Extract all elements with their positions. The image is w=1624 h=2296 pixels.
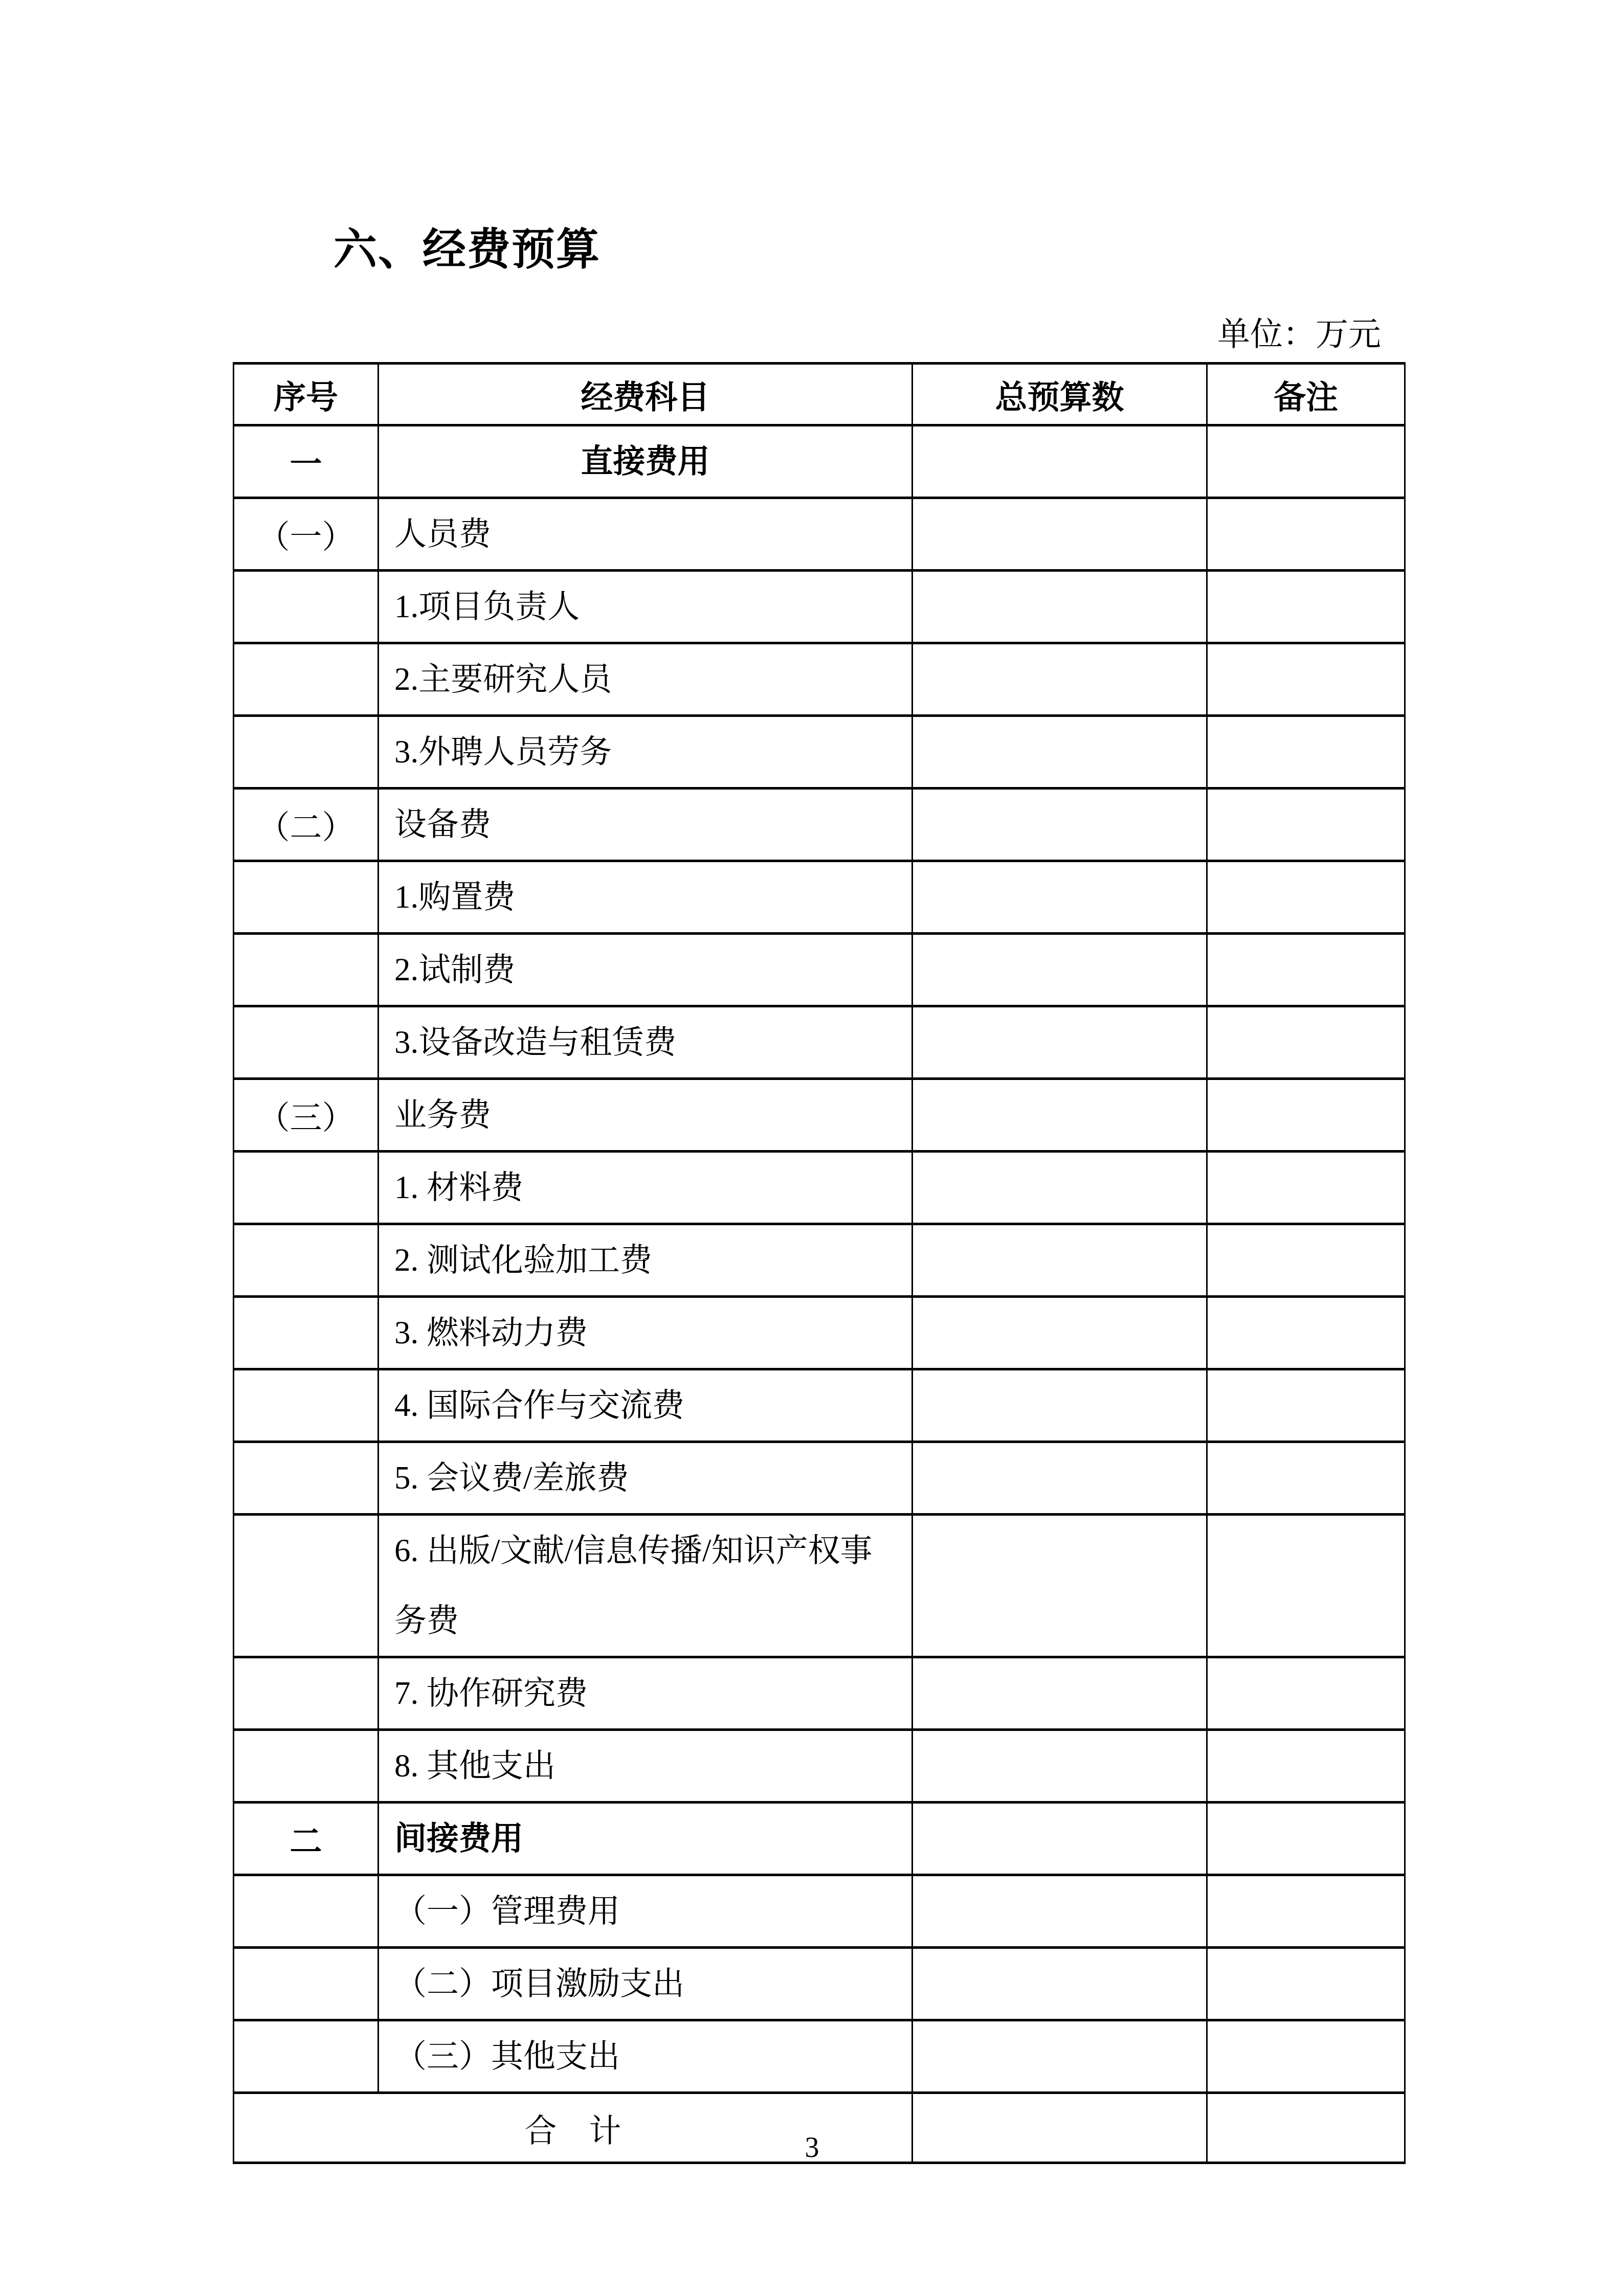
page-title: 六、经费预算 [333,215,600,277]
subject-cell: （二）项目激励支出 [379,1948,913,2020]
subject-cell: 1.购置费 [379,861,913,934]
subject-cell: 2.主要研究人员 [379,643,913,716]
seq-cell [234,2020,379,2093]
note-cell [1207,1152,1405,1224]
seq-cell: 二 [234,1803,379,1875]
seq-cell [234,1297,379,1369]
subject-cell: 6. 出版/文献/信息传播/知识产权事务费 [379,1515,913,1657]
subject-cell: 设备费 [379,789,913,861]
note-cell [1207,1948,1405,2020]
budget-table: 序号 经费科目 总预算数 备注 一直接费用（一）人员费1.项目负责人2.主要研究… [233,362,1406,2164]
note-cell [1207,1657,1405,1730]
note-cell [1207,1875,1405,1948]
subject-cell: 2.试制费 [379,934,913,1006]
note-cell [1207,1369,1405,1442]
budget-value-cell [913,1442,1207,1515]
subject-cell: 间接费用 [379,1803,913,1875]
table-row: 8. 其他支出 [234,1730,1405,1803]
seq-cell [234,1006,379,1079]
budget-value-cell [913,1515,1207,1657]
note-cell [1207,1442,1405,1515]
seq-cell [234,1875,379,1948]
seq-cell [234,716,379,789]
header-note: 备注 [1207,364,1405,425]
document-page: { "page": { "title": "六、经费预算", "unit_lab… [0,0,1624,2296]
note-cell [1207,1803,1405,1875]
table-row: （二）项目激励支出 [234,1948,1405,2020]
seq-cell [234,934,379,1006]
budget-value-cell [913,2020,1207,2093]
subject-cell: 3.设备改造与租赁费 [379,1006,913,1079]
budget-value-cell [913,1369,1207,1442]
budget-value-cell [913,1297,1207,1369]
seq-cell [234,571,379,643]
note-cell [1207,571,1405,643]
note-cell [1207,1006,1405,1079]
subject-cell: （一）管理费用 [379,1875,913,1948]
budget-value-cell [913,861,1207,934]
note-cell [1207,716,1405,789]
note-cell [1207,643,1405,716]
seq-cell [234,1224,379,1297]
budget-value-cell [913,643,1207,716]
table-row: 1. 材料费 [234,1152,1405,1224]
table-row: 2.试制费 [234,934,1405,1006]
subject-cell: 直接费用 [379,425,913,498]
header-seq: 序号 [234,364,379,425]
budget-value-cell [913,1657,1207,1730]
subject-cell: 3.外聘人员劳务 [379,716,913,789]
seq-cell: （三） [234,1079,379,1152]
subject-cell: （三）其他支出 [379,2020,913,2093]
seq-cell [234,1369,379,1442]
subject-cell: 2. 测试化验加工费 [379,1224,913,1297]
note-cell [1207,1515,1405,1657]
subject-cell: 5. 会议费/差旅费 [379,1442,913,1515]
budget-value-cell [913,1803,1207,1875]
subject-cell: 3. 燃料动力费 [379,1297,913,1369]
table-row: 1.购置费 [234,861,1405,934]
subject-cell: 7. 协作研究费 [379,1657,913,1730]
seq-cell [234,1730,379,1803]
note-cell [1207,498,1405,571]
note-cell [1207,1224,1405,1297]
seq-cell [234,1515,379,1657]
table-row: 3. 燃料动力费 [234,1297,1405,1369]
budget-value-cell [913,1948,1207,2020]
seq-cell: （二） [234,789,379,861]
budget-value-cell [913,789,1207,861]
seq-cell [234,1442,379,1515]
table-row: （一）管理费用 [234,1875,1405,1948]
table-row: 2. 测试化验加工费 [234,1224,1405,1297]
table-row: 2.主要研究人员 [234,643,1405,716]
header-subject: 经费科目 [379,364,913,425]
budget-table-header: 序号 经费科目 总预算数 备注 [234,364,1405,425]
table-row: 3.外聘人员劳务 [234,716,1405,789]
budget-value-cell [913,1730,1207,1803]
subject-cell: 人员费 [379,498,913,571]
table-row: 6. 出版/文献/信息传播/知识产权事务费 [234,1515,1405,1657]
table-row: （三）业务费 [234,1079,1405,1152]
table-row: 5. 会议费/差旅费 [234,1442,1405,1515]
budget-value-cell [913,498,1207,571]
table-row: （二）设备费 [234,789,1405,861]
note-cell [1207,934,1405,1006]
note-cell [1207,1730,1405,1803]
table-row: （三）其他支出 [234,2020,1405,2093]
note-cell [1207,2020,1405,2093]
table-row: 一直接费用 [234,425,1405,498]
header-row: 序号 经费科目 总预算数 备注 [234,364,1405,425]
subject-cell: 1.项目负责人 [379,571,913,643]
table-row: 7. 协作研究费 [234,1657,1405,1730]
table-row: 3.设备改造与租赁费 [234,1006,1405,1079]
note-cell [1207,1079,1405,1152]
subject-cell: 4. 国际合作与交流费 [379,1369,913,1442]
seq-cell [234,1152,379,1224]
table-row: 1.项目负责人 [234,571,1405,643]
budget-table-body: 一直接费用（一）人员费1.项目负责人2.主要研究人员3.外聘人员劳务（二）设备费… [234,425,1405,2163]
budget-value-cell [913,1006,1207,1079]
budget-value-cell [913,425,1207,498]
seq-cell [234,1948,379,2020]
note-cell [1207,861,1405,934]
budget-value-cell [913,934,1207,1006]
budget-value-cell [913,571,1207,643]
subject-cell: 业务费 [379,1079,913,1152]
seq-cell: 一 [234,425,379,498]
note-cell [1207,425,1405,498]
note-cell [1207,789,1405,861]
subject-cell: 1. 材料费 [379,1152,913,1224]
seq-cell: （一） [234,498,379,571]
budget-value-cell [913,1152,1207,1224]
budget-value-cell [913,1875,1207,1948]
table-row: 二间接费用 [234,1803,1405,1875]
header-budget: 总预算数 [913,364,1207,425]
subject-cell: 8. 其他支出 [379,1730,913,1803]
budget-value-cell [913,1079,1207,1152]
note-cell [1207,1297,1405,1369]
seq-cell [234,1657,379,1730]
budget-value-cell [913,1224,1207,1297]
page-number: 3 [0,2131,1624,2164]
seq-cell [234,861,379,934]
seq-cell [234,643,379,716]
unit-label: 单位：万元 [233,308,1381,355]
table-row: （一）人员费 [234,498,1405,571]
table-row: 4. 国际合作与交流费 [234,1369,1405,1442]
budget-value-cell [913,716,1207,789]
